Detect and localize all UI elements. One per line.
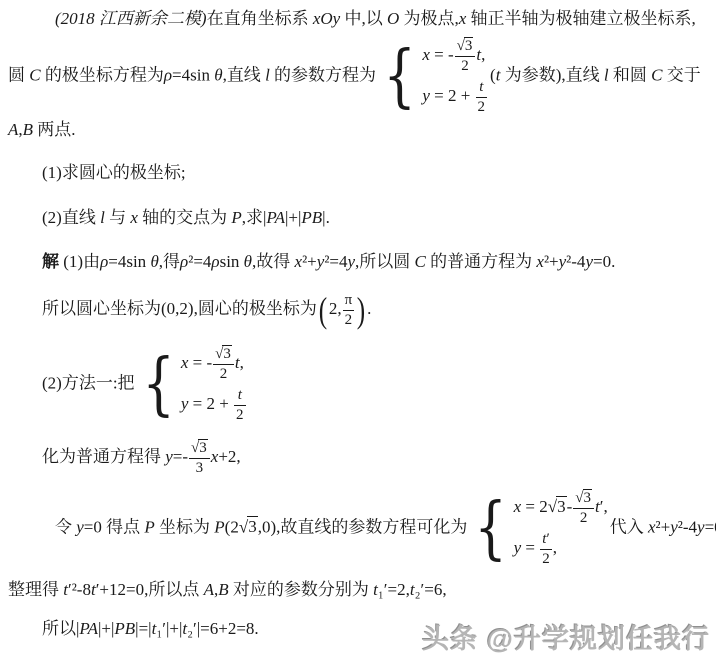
square-root: √3	[575, 489, 592, 506]
text-run: 对应的参数分别为	[229, 580, 374, 599]
text-run: 令	[55, 517, 76, 536]
denominator: 2	[343, 311, 355, 329]
denominator: 3	[189, 459, 210, 477]
text-run: ₂′=6,	[415, 580, 447, 599]
math-variable: x	[422, 45, 430, 64]
text-run: -	[567, 497, 573, 516]
math-variable: xOy	[313, 9, 340, 28]
text-run: sin	[220, 252, 244, 271]
numerator: √3	[455, 38, 476, 57]
text-run: (1)求圆心的极坐标;	[42, 163, 186, 182]
text-run: = -	[430, 45, 454, 64]
text-run: ₁′=2,	[378, 580, 410, 599]
text-run: ²-4	[566, 252, 585, 271]
text-run: 2	[220, 366, 228, 382]
system-rows: x = -√32t,y = 2 + t2	[181, 346, 247, 423]
source-tag: (2018 江西新余二模)	[55, 9, 207, 28]
system-brace: {	[475, 495, 507, 563]
math-variable: ρ	[164, 65, 172, 84]
solution-step-5: 令 y=0 得点 P 坐标为 P(2√3,0),故直线的参数方程可化为{x = …	[8, 490, 712, 567]
text-run: ²+	[302, 252, 317, 271]
text-run: = -	[188, 353, 212, 372]
text-run: 与	[105, 208, 131, 227]
text-run: ′²-8	[68, 580, 91, 599]
text-run: 2	[461, 58, 469, 74]
system-row: y = 2 + t2	[422, 79, 488, 115]
text-run: +2,	[218, 447, 240, 466]
solution-step-2: 所以圆心坐标为(0,2),圆心的极坐标为(2,π2).	[8, 292, 712, 328]
text-run: =0	[705, 517, 716, 536]
text-run: 的普通方程为	[426, 252, 537, 271]
text-run: ²-4	[678, 517, 697, 536]
fraction: π2	[343, 292, 355, 328]
bold-label: 解	[42, 252, 59, 271]
problem-statement-line-2: 圆 C 的极坐标方程为ρ=4sin θ,直线 l 的参数方程为{x = -√32…	[8, 38, 712, 115]
text-run: 在直角坐标系	[207, 9, 313, 28]
text-run: 2	[478, 99, 486, 115]
text-run: ²+	[656, 517, 671, 536]
math-variable: y	[422, 86, 430, 105]
text-run: |+|	[98, 619, 114, 638]
system-row: x = -√32t,	[181, 346, 244, 382]
text-run: 轴的交点为	[138, 208, 232, 227]
text-run: ,故得	[252, 252, 295, 271]
text-run: 两点.	[33, 120, 76, 139]
math-variable: C	[29, 65, 40, 84]
math-variable: y	[348, 252, 356, 271]
text-run: ,	[553, 538, 557, 557]
fraction: t′2	[540, 531, 552, 567]
radical-sign: √	[548, 497, 556, 516]
text-run: 轴正半轴为极轴建立极坐标系,	[466, 9, 696, 28]
text-run: ²=4	[324, 252, 347, 271]
system-row: x = 2√3-√32t′,	[514, 490, 608, 526]
big-parenthesis: (	[319, 295, 327, 325]
math-variable: ρ	[180, 252, 188, 271]
radical-sign: √	[575, 490, 582, 506]
system-rows: x = 2√3-√32t′,y = t′2,	[514, 490, 608, 567]
math-variable: θ	[214, 65, 222, 84]
text-run: 所以圆心坐标为(0,2),圆心的极坐标为	[42, 299, 317, 318]
text-run: =0 得点	[84, 517, 145, 536]
system-brace: {	[383, 43, 415, 111]
text-run: 交于	[662, 65, 700, 84]
math-variable: y	[670, 517, 678, 536]
math-variable: O	[387, 9, 399, 28]
math-variable: y	[165, 447, 173, 466]
denominator: 2	[234, 406, 246, 424]
text-run: 坐标为	[155, 517, 215, 536]
system-rows: x = -√32t,y = 2 + t2	[422, 38, 488, 115]
text-run: 2,	[329, 299, 342, 318]
radical-sign: √	[239, 517, 247, 536]
text-run: = 2 +	[188, 394, 233, 413]
text-run: ₂′|=6+2=8.	[187, 619, 259, 638]
system-row: x = -√32t,	[422, 38, 485, 74]
text-run: |+|	[285, 208, 301, 227]
text-run: 和圆	[609, 65, 652, 84]
problem-statement-line-1: (2018 江西新余二模)在直角坐标系 xOy 中,以 O 为极点,x 轴正半轴…	[8, 8, 712, 30]
radicand: 3	[247, 516, 258, 536]
numerator: √3	[189, 440, 210, 459]
equation-system: {x = -√32t,y = 2 + t2	[378, 38, 488, 115]
text-run: 2	[236, 407, 244, 423]
text-run: 的极坐标方程为	[41, 65, 164, 84]
text-run: ,	[481, 45, 485, 64]
text-run: 代入	[610, 517, 648, 536]
text-run: (2)方法一:把	[42, 373, 135, 392]
math-variable: x	[648, 517, 656, 536]
text-run: = 2	[521, 497, 548, 516]
radicand: 3	[222, 345, 232, 362]
text-run: |.	[322, 208, 330, 227]
math-variable: P	[214, 517, 224, 536]
text-run: ²+	[544, 252, 559, 271]
question-1: (1)求圆心的极坐标;	[8, 162, 712, 184]
text-run: ,求|	[242, 208, 267, 227]
radical-sign: √	[457, 38, 464, 54]
solution-step-3-method1: (2)方法一:把{x = -√32t,y = 2 + t2	[8, 346, 712, 423]
text-run: =0.	[593, 252, 615, 271]
solution-step-1: 解 (1)由ρ=4sin θ,得ρ²=4ρsin θ,故得 x²+y²=4y,所…	[8, 251, 712, 273]
text-run: =4sin	[108, 252, 150, 271]
denominator: 2	[540, 550, 552, 568]
problem-statement-line-3: A,B 两点.	[8, 119, 712, 141]
text-run: =4sin	[172, 65, 214, 84]
text-run: |=|	[135, 619, 151, 638]
text-run: (2)直线	[42, 208, 100, 227]
radicand: 3	[464, 37, 474, 54]
math-variable: PB	[301, 208, 322, 227]
text-run: 3	[196, 460, 204, 476]
fraction: √32	[213, 346, 234, 382]
text-run: 为极点,	[399, 9, 459, 28]
denominator: 2	[476, 98, 488, 116]
math-variable: A	[8, 120, 18, 139]
text-run: π	[345, 292, 353, 308]
big-parenthesis: )	[357, 295, 365, 325]
numerator: t	[234, 387, 246, 406]
fraction: t2	[476, 79, 488, 115]
text-run: =-	[173, 447, 188, 466]
math-variable: C	[651, 65, 662, 84]
text-run: ,得	[159, 252, 180, 271]
math-variable: B	[23, 120, 33, 139]
text-run: ²=4	[188, 252, 211, 271]
math-variable: PA	[266, 208, 285, 227]
text-run: ′+12=0,所以点	[96, 580, 204, 599]
fraction: √32	[573, 490, 594, 526]
text-run: ,	[240, 353, 244, 372]
radicand: 3	[556, 496, 567, 516]
math-variable: P	[144, 517, 154, 536]
radicand: 3	[583, 489, 593, 506]
text-run: 化为普通方程得	[42, 447, 165, 466]
fraction: t2	[234, 387, 246, 423]
text-run: 圆	[8, 65, 29, 84]
square-root: √3	[215, 345, 232, 362]
math-variable: A	[204, 580, 214, 599]
solution-step-6: 整理得 t′²-8t′+12=0,所以点 A,B 对应的参数分别为 t₁′=2,…	[8, 579, 712, 601]
text-run: ′,	[600, 497, 608, 516]
text-run: 2	[542, 551, 550, 567]
square-root: √3	[457, 37, 474, 54]
text-run: (1)由	[59, 252, 100, 271]
solution-step-4: 化为普通方程得 y=-√33x+2,	[8, 440, 712, 476]
text-run: .	[367, 299, 371, 318]
numerator: √3	[213, 346, 234, 365]
text-run: (2	[225, 517, 239, 536]
system-brace: {	[142, 351, 174, 419]
text-run: =	[521, 538, 539, 557]
square-root: √3	[239, 516, 258, 536]
math-variable: x	[295, 252, 303, 271]
text-run: ′	[546, 531, 549, 547]
text-run: 整理得	[8, 580, 63, 599]
system-row: y = 2 + t2	[181, 387, 247, 423]
text-run: 中,以	[340, 9, 387, 28]
math-variable: PA	[79, 619, 98, 638]
math-variable: y	[697, 517, 705, 536]
square-root: √3	[191, 439, 208, 456]
text-run: 所以|	[42, 619, 79, 638]
numerator: π	[343, 292, 355, 311]
denominator: 2	[455, 57, 476, 75]
square-root: √3	[548, 496, 567, 516]
math-variable: ρ	[211, 252, 219, 271]
math-variable: x	[536, 252, 544, 271]
text-run: 2	[345, 312, 353, 328]
denominator: 2	[213, 365, 234, 383]
toutiao-watermark: 头条 @升学规划任我行	[422, 617, 710, 656]
math-variable: C	[415, 252, 426, 271]
math-variable: t	[479, 79, 483, 95]
text-run: 为参数),直线	[500, 65, 603, 84]
question-2: (2)直线 l 与 x 轴的交点为 P,求|PA|+|PB|.	[8, 207, 712, 229]
math-variable: t	[238, 387, 242, 403]
fraction: √32	[455, 38, 476, 74]
radicand: 3	[198, 439, 208, 456]
math-variable: PB	[114, 619, 135, 638]
system-row: y = t′2,	[514, 531, 557, 567]
text-run: ₁′|+|	[156, 619, 182, 638]
numerator: t′	[540, 531, 552, 550]
math-variable: B	[218, 580, 228, 599]
math-variable: θ	[150, 252, 158, 271]
equation-system: {x = 2√3-√32t′,y = t′2,	[469, 490, 607, 567]
document-page: (2018 江西新余二模)在直角坐标系 xOy 中,以 O 为极点,x 轴正半轴…	[0, 0, 716, 662]
text-run: ,所以圆	[355, 252, 415, 271]
equation-system: {x = -√32t,y = 2 + t2	[137, 346, 247, 423]
numerator: t	[476, 79, 488, 98]
text-run: ,0),故直线的参数方程可化为	[258, 517, 468, 536]
numerator: √3	[573, 490, 594, 509]
text-run: 的参数方程为	[270, 65, 376, 84]
text-run: = 2 +	[430, 86, 475, 105]
math-variable: θ	[244, 252, 252, 271]
math-variable: y	[585, 252, 593, 271]
text-run: 2	[580, 510, 588, 526]
text-run: ,直线	[223, 65, 266, 84]
math-variable: y	[76, 517, 84, 536]
math-variable: x	[130, 208, 138, 227]
denominator: 2	[573, 509, 594, 527]
math-variable: P	[231, 208, 241, 227]
fraction: √33	[189, 440, 210, 476]
